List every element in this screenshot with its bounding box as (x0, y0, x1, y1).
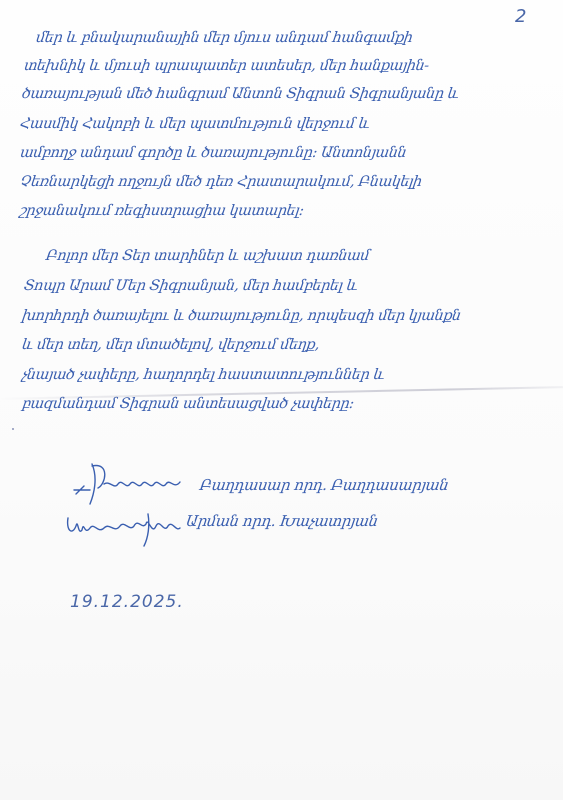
signature-scribble-1 (70, 460, 190, 506)
paragraph-1-line-3: ծառայության մեծ հանգրամ Անտոն Տիգրան Տիգ… (21, 86, 460, 102)
signature-scribble-2 (64, 508, 184, 548)
letter-date: 19.12.2025. (70, 592, 184, 612)
paragraph-1-line-4: Հասմիկ Հակոբի և մեր պատմություն վերջում … (19, 116, 371, 132)
paragraph-1-line-7: շրջանակում ռեգիստրացիա կատարել: (19, 203, 305, 219)
paragraph-2-line-3: խորհրդի ծառայելու և ծառայությունը, որպես… (21, 308, 462, 324)
paragraph-2-line-2: Տոպր Արամ Մեր Տիգրանյան, մեր համբերել և (23, 278, 359, 294)
ink-speck (12, 428, 14, 430)
handwritten-letter-page: 2 մեր և բնակարանային մեր մյուս անդամ հան… (0, 0, 563, 800)
paragraph-2-line-1: Բոլոր մեր Տեր տարիներ և աշխատ դառնամ (45, 248, 370, 264)
paragraph-1-line-1: մեր և բնակարանային մեր մյուս անդամ հանգա… (35, 30, 414, 46)
paragraph-1-line-5: ամբողջ անդամ գործը և ծառայությունը: Անտո… (19, 145, 407, 161)
paragraph-2-line-4: և մեր տեղ, մեր մտածելով, վերջում մեղք, (21, 337, 320, 353)
paragraph-1-line-6: Չեռնարկեցի ողջույն մեծ դեռ Հրատարակում, … (19, 174, 423, 190)
page-number: 2 (515, 6, 526, 27)
paragraph-1-line-2: տեխնիկ և մյուսի պրապատեր ատեսեր, մեր հան… (23, 58, 430, 74)
signature-2-name: Արման որդ. Խաչատրյան (185, 512, 379, 530)
signature-1-name: Բաղդասար որդ. Բաղդասարյան (199, 476, 450, 494)
paragraph-2-line-5: չնայած չափերը, հաղորդել հաստատություններ… (21, 367, 386, 383)
